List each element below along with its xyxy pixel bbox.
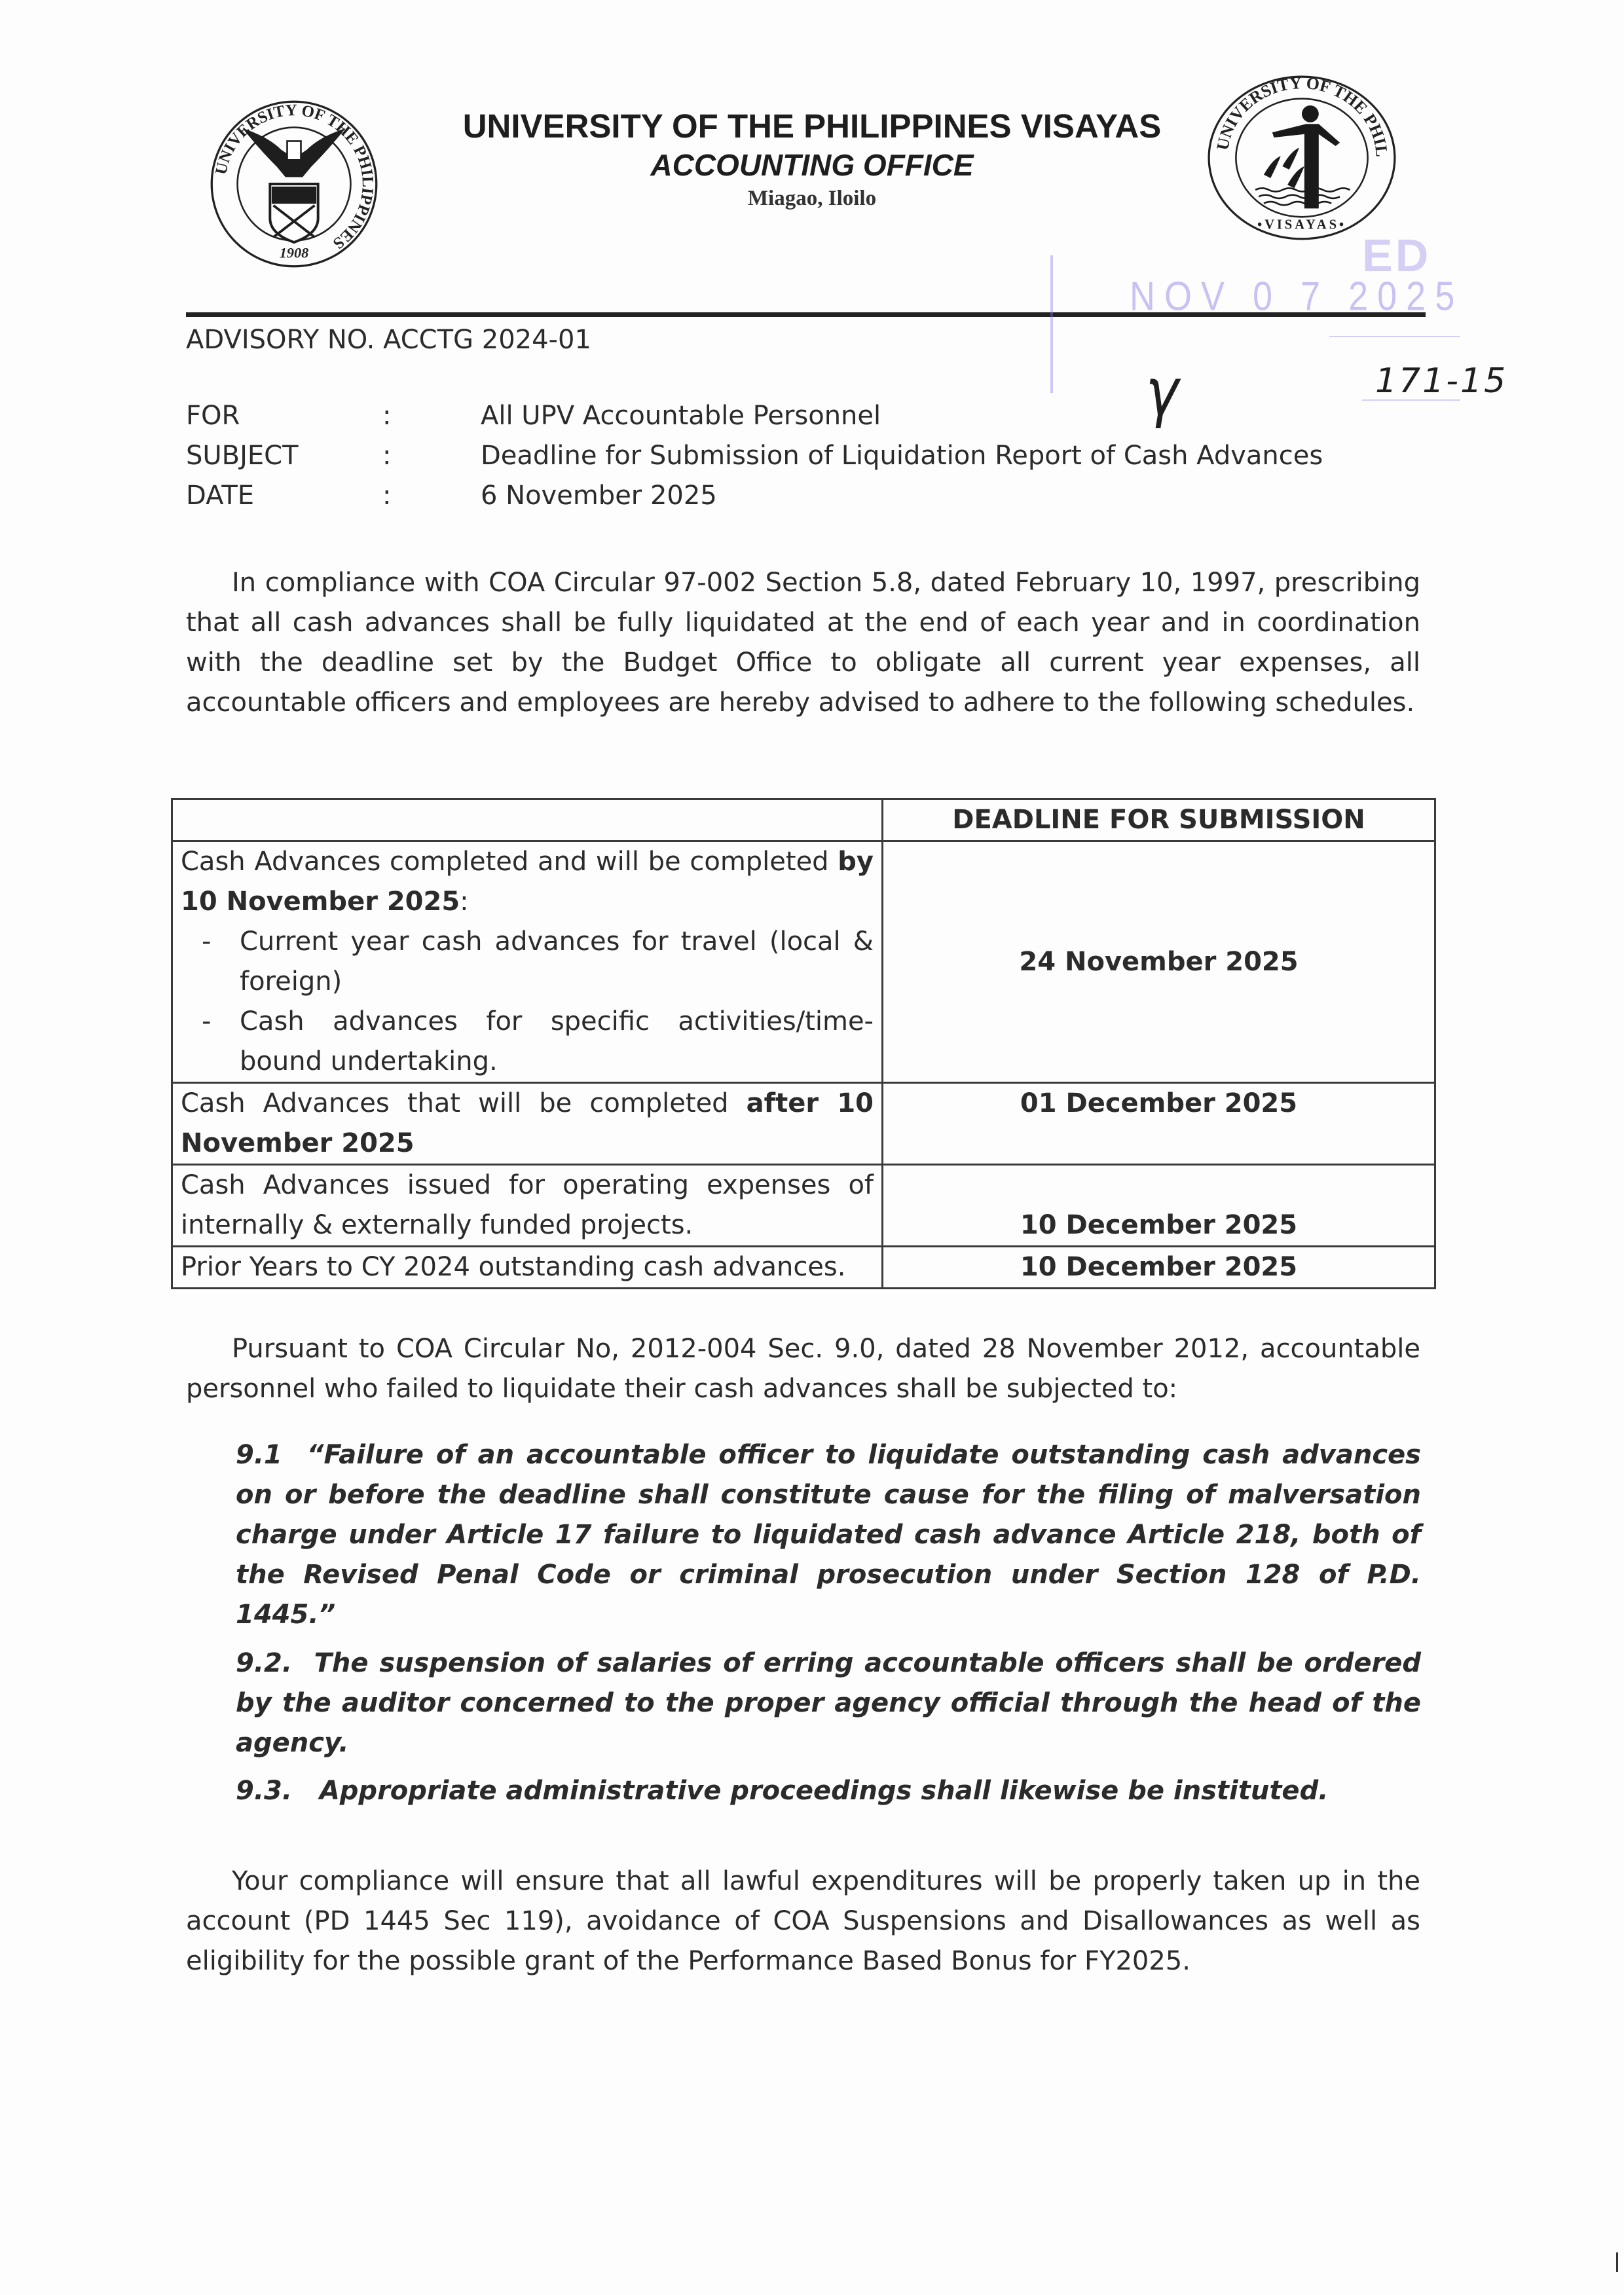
pursuant-paragraph: Pursuant to COA Circular No, 2012-004 Se… (186, 1329, 1420, 1409)
table-header-deadline: DEADLINE FOR SUBMISSION (883, 799, 1435, 841)
table-row: Cash Advances issued for operating expen… (172, 1165, 1435, 1247)
up-visayas-seal-icon: UNIVERSITY OF THE PHILIPPINES •VISAYAS• (1204, 73, 1400, 242)
up-system-seal-icon: UNIVERSITY OF THE PHILIPPINES 1908 (208, 98, 380, 270)
meta-label: SUBJECT (186, 441, 299, 471)
sanction-text: Appropriate administrative proceedings s… (320, 1776, 1329, 1806)
row-deadline: 10 December 2025 (883, 1165, 1435, 1247)
meta-value: Deadline for Submission of Liquidation R… (481, 441, 1323, 471)
table-row: Cash Advances that will be completed aft… (172, 1083, 1435, 1165)
svg-text:UNIVERSITY OF THE PHILIPPINES: UNIVERSITY OF THE PHILIPPINES (1204, 73, 1392, 158)
advisory-number: ADVISORY NO. ACCTG 2024-01 (186, 325, 591, 355)
intro-paragraph: In compliance with COA Circular 97-002 S… (186, 563, 1420, 723)
sanction-number: 9.2. (236, 1648, 292, 1678)
meta-value: All UPV Accountable Personnel (481, 401, 881, 431)
meta-colon: : (382, 401, 391, 431)
handwritten-initial: γ (1145, 354, 1178, 430)
row-deadline: 10 December 2025 (883, 1247, 1435, 1289)
svg-text:1908: 1908 (280, 245, 309, 261)
meta-colon: : (382, 441, 391, 471)
office-location: Miagao, Iloilo (367, 187, 1257, 211)
row-description: Cash Advances issued for operating expen… (172, 1165, 883, 1247)
closing-paragraph: Your compliance will ensure that all law… (186, 1862, 1420, 1981)
sanction-9-1: 9.1 “Failure of an accountable officer t… (236, 1435, 1421, 1635)
scan-edge-mark (1616, 2252, 1618, 2272)
table-header-row: DEADLINE FOR SUBMISSION (172, 799, 1435, 841)
svg-text:•VISAYAS•: •VISAYAS• (1257, 217, 1346, 232)
row-description: Cash Advances completed and will be comp… (172, 841, 883, 1083)
row-deadline: 24 November 2025 (883, 841, 1435, 1083)
deadline-table: DEADLINE FOR SUBMISSION Cash Advances co… (171, 798, 1436, 1289)
row-description: Prior Years to CY 2024 outstanding cash … (172, 1247, 883, 1289)
sanction-number: 9.3. (236, 1776, 292, 1806)
meta-label: DATE (186, 481, 254, 511)
table-row: Prior Years to CY 2024 outstanding cash … (172, 1247, 1435, 1289)
stamp-bracket (1050, 255, 1053, 393)
stamp-line (1329, 336, 1460, 337)
sanction-9-2: 9.2. The suspension of salaries of errin… (236, 1643, 1421, 1763)
handwritten-number: 171-15 (1375, 361, 1507, 401)
row-bullets: Current year cash advances for travel (l… (181, 922, 874, 1082)
sanction-text: “Failure of an accountable officer to li… (236, 1440, 1421, 1630)
meta-label: FOR (186, 401, 240, 431)
bullet-item: Current year cash advances for travel (l… (220, 922, 874, 1002)
bullet-item: Cash advances for specific activities/ti… (220, 1002, 874, 1082)
university-name: UNIVERSITY OF THE PHILIPPINES VISAYAS (367, 107, 1257, 145)
table-row: Cash Advances completed and will be comp… (172, 841, 1435, 1083)
office-name: ACCOUNTING OFFICE (367, 147, 1257, 183)
table-header-description (172, 799, 883, 841)
sanction-9-3: 9.3. Appropriate administrative proceedi… (236, 1771, 1421, 1811)
row-deadline: 01 December 2025 (883, 1083, 1435, 1165)
sanction-number: 9.1 (236, 1440, 282, 1470)
sanction-text: The suspension of salaries of erring acc… (236, 1648, 1421, 1758)
meta-value: 6 November 2025 (481, 481, 717, 511)
meta-colon: : (382, 481, 391, 511)
row-description: Cash Advances that will be completed aft… (172, 1083, 883, 1165)
received-stamp-date: NOV 0 7 2025 (1130, 273, 1464, 320)
